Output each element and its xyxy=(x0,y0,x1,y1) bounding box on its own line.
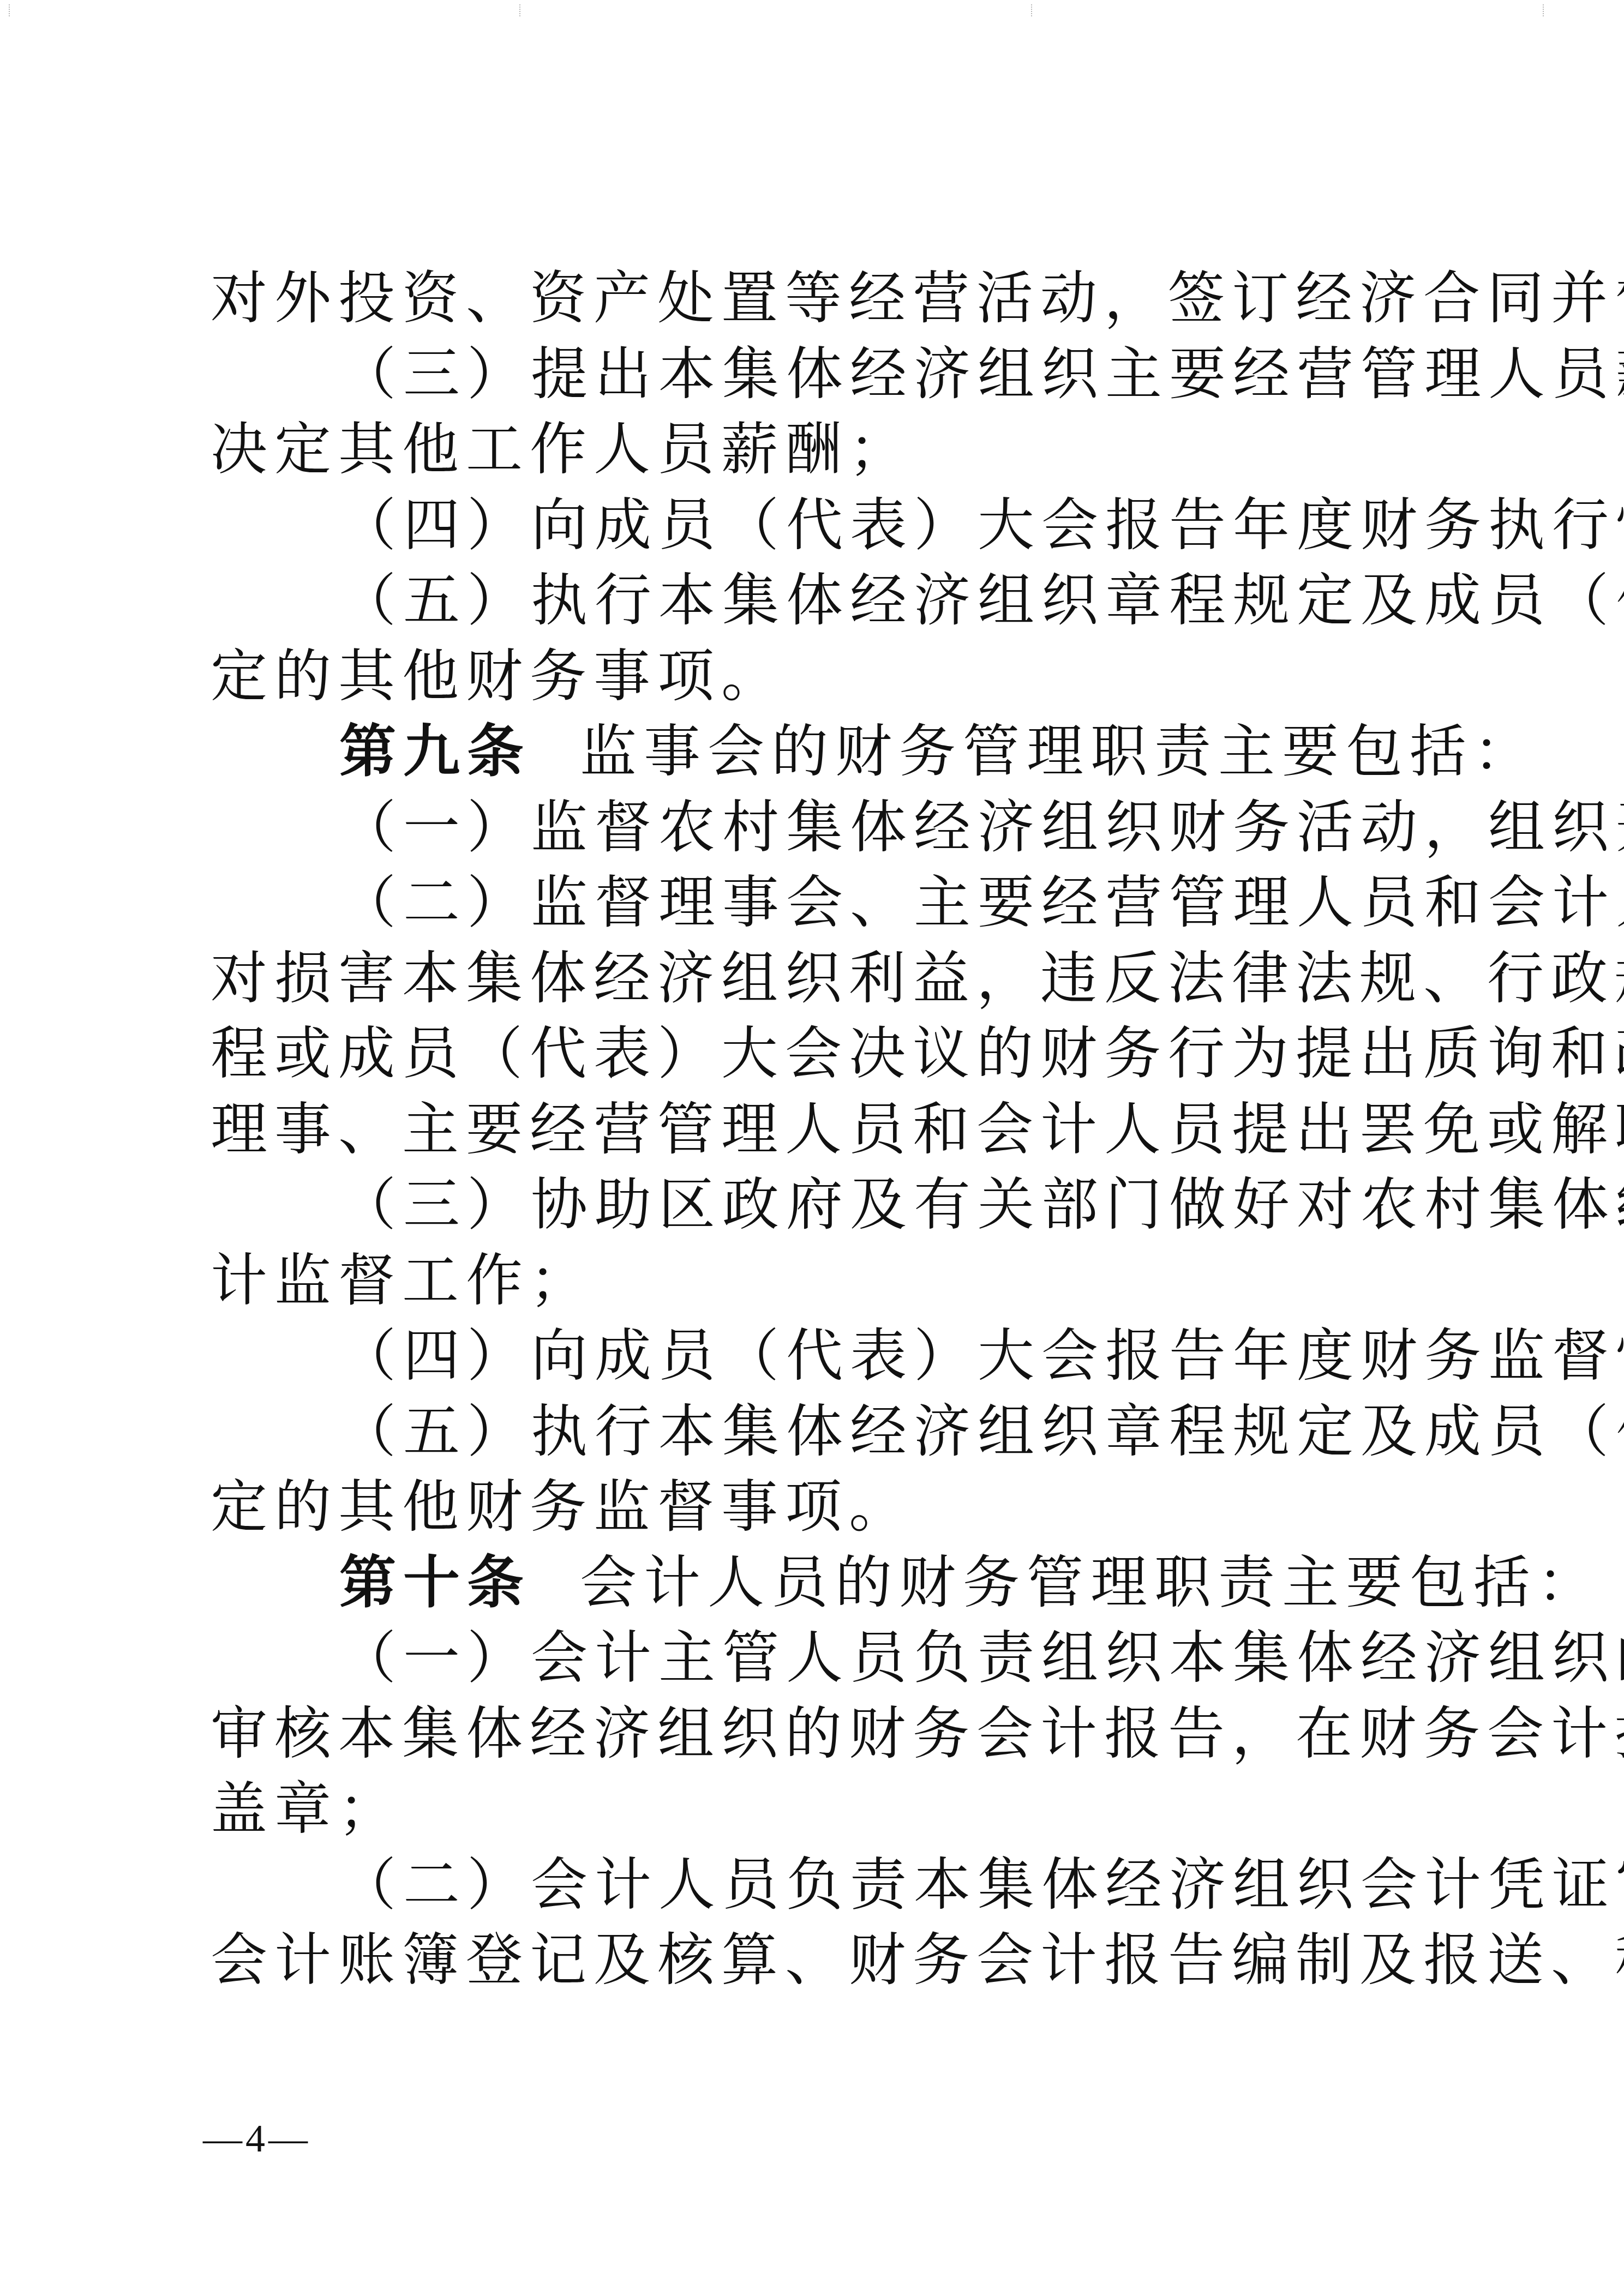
document-page: 对外投资、资产处置等经营活动，签订经济合同并督促合同履行；（三）提出本集体经济组… xyxy=(0,0,1624,2296)
list-item-line: （一）监督农村集体经济组织财务活动，组织开展民主理财； xyxy=(211,790,1433,865)
article-text: 监事会的财务管理职责主要包括： xyxy=(580,718,1537,785)
list-item-line: （三）协助区政府及有关部门做好对农村集体经济组织的审 xyxy=(211,1167,1433,1243)
article-text: 会计人员的财务管理职责主要包括： xyxy=(580,1549,1601,1616)
continuation-line: 审核本集体经济组织的财务会计报告，在财务会计报告上签名并 xyxy=(211,1696,1433,1772)
page-number: —4— xyxy=(203,2116,311,2161)
article-heading: 第九条监事会的财务管理职责主要包括： xyxy=(211,714,1433,790)
list-item-line: （四）向成员（代表）大会报告年度财务执行情况； xyxy=(211,488,1433,563)
document-body: 对外投资、资产处置等经营活动，签订经济合同并督促合同履行；（三）提出本集体经济组… xyxy=(211,261,1433,1998)
list-item-line: （五）执行本集体经济组织章程规定及成员（代表）大会决 xyxy=(211,1394,1433,1470)
article-number: 第十条 xyxy=(339,1549,531,1616)
list-item-line: （一）会计主管人员负责组织本集体经济组织的会计工作， xyxy=(211,1620,1433,1696)
continuation-line: 会计账簿登记及核算、财务会计报告编制及报送、稽核、会计档 xyxy=(211,1922,1433,1998)
continuation-line: 定的其他财务事项。 xyxy=(211,639,1433,714)
continuation-line: 对损害本集体经济组织利益，违反法律法规、行政规章、组织章 xyxy=(211,941,1433,1017)
continuation-line: 对外投资、资产处置等经营活动，签订经济合同并督促合同履行； xyxy=(211,261,1433,336)
article-number: 第九条 xyxy=(339,718,531,785)
list-item-line: （五）执行本集体经济组织章程规定及成员（代表）大会决 xyxy=(211,563,1433,639)
list-item-line: （二）会计人员负责本集体经济组织会计凭证审核及填制、 xyxy=(211,1847,1433,1923)
list-item-line: （四）向成员（代表）大会报告年度财务监督情况； xyxy=(211,1318,1433,1394)
scan-mark xyxy=(1031,4,1035,16)
continuation-line: 程或成员（代表）大会决议的财务行为提出质询和改进建议，对 xyxy=(211,1016,1433,1092)
continuation-line: 决定其他工作人员薪酬； xyxy=(211,412,1433,488)
continuation-line: 定的其他财务监督事项。 xyxy=(211,1469,1433,1545)
continuation-line: 理事、主要经营管理人员和会计人员提出罢免或解聘建议； xyxy=(211,1092,1433,1168)
scan-mark xyxy=(1543,4,1547,16)
list-item-line: （二）监督理事会、主要经营管理人员和会计人员履职行为， xyxy=(211,865,1433,941)
continuation-line: 计监督工作； xyxy=(211,1243,1433,1319)
scan-mark xyxy=(9,4,13,16)
list-item-line: （三）提出本集体经济组织主要经营管理人员薪酬的建议， xyxy=(211,336,1433,412)
scan-mark xyxy=(519,4,524,16)
article-heading: 第十条会计人员的财务管理职责主要包括： xyxy=(211,1545,1433,1621)
continuation-line: 盖章； xyxy=(211,1771,1433,1847)
